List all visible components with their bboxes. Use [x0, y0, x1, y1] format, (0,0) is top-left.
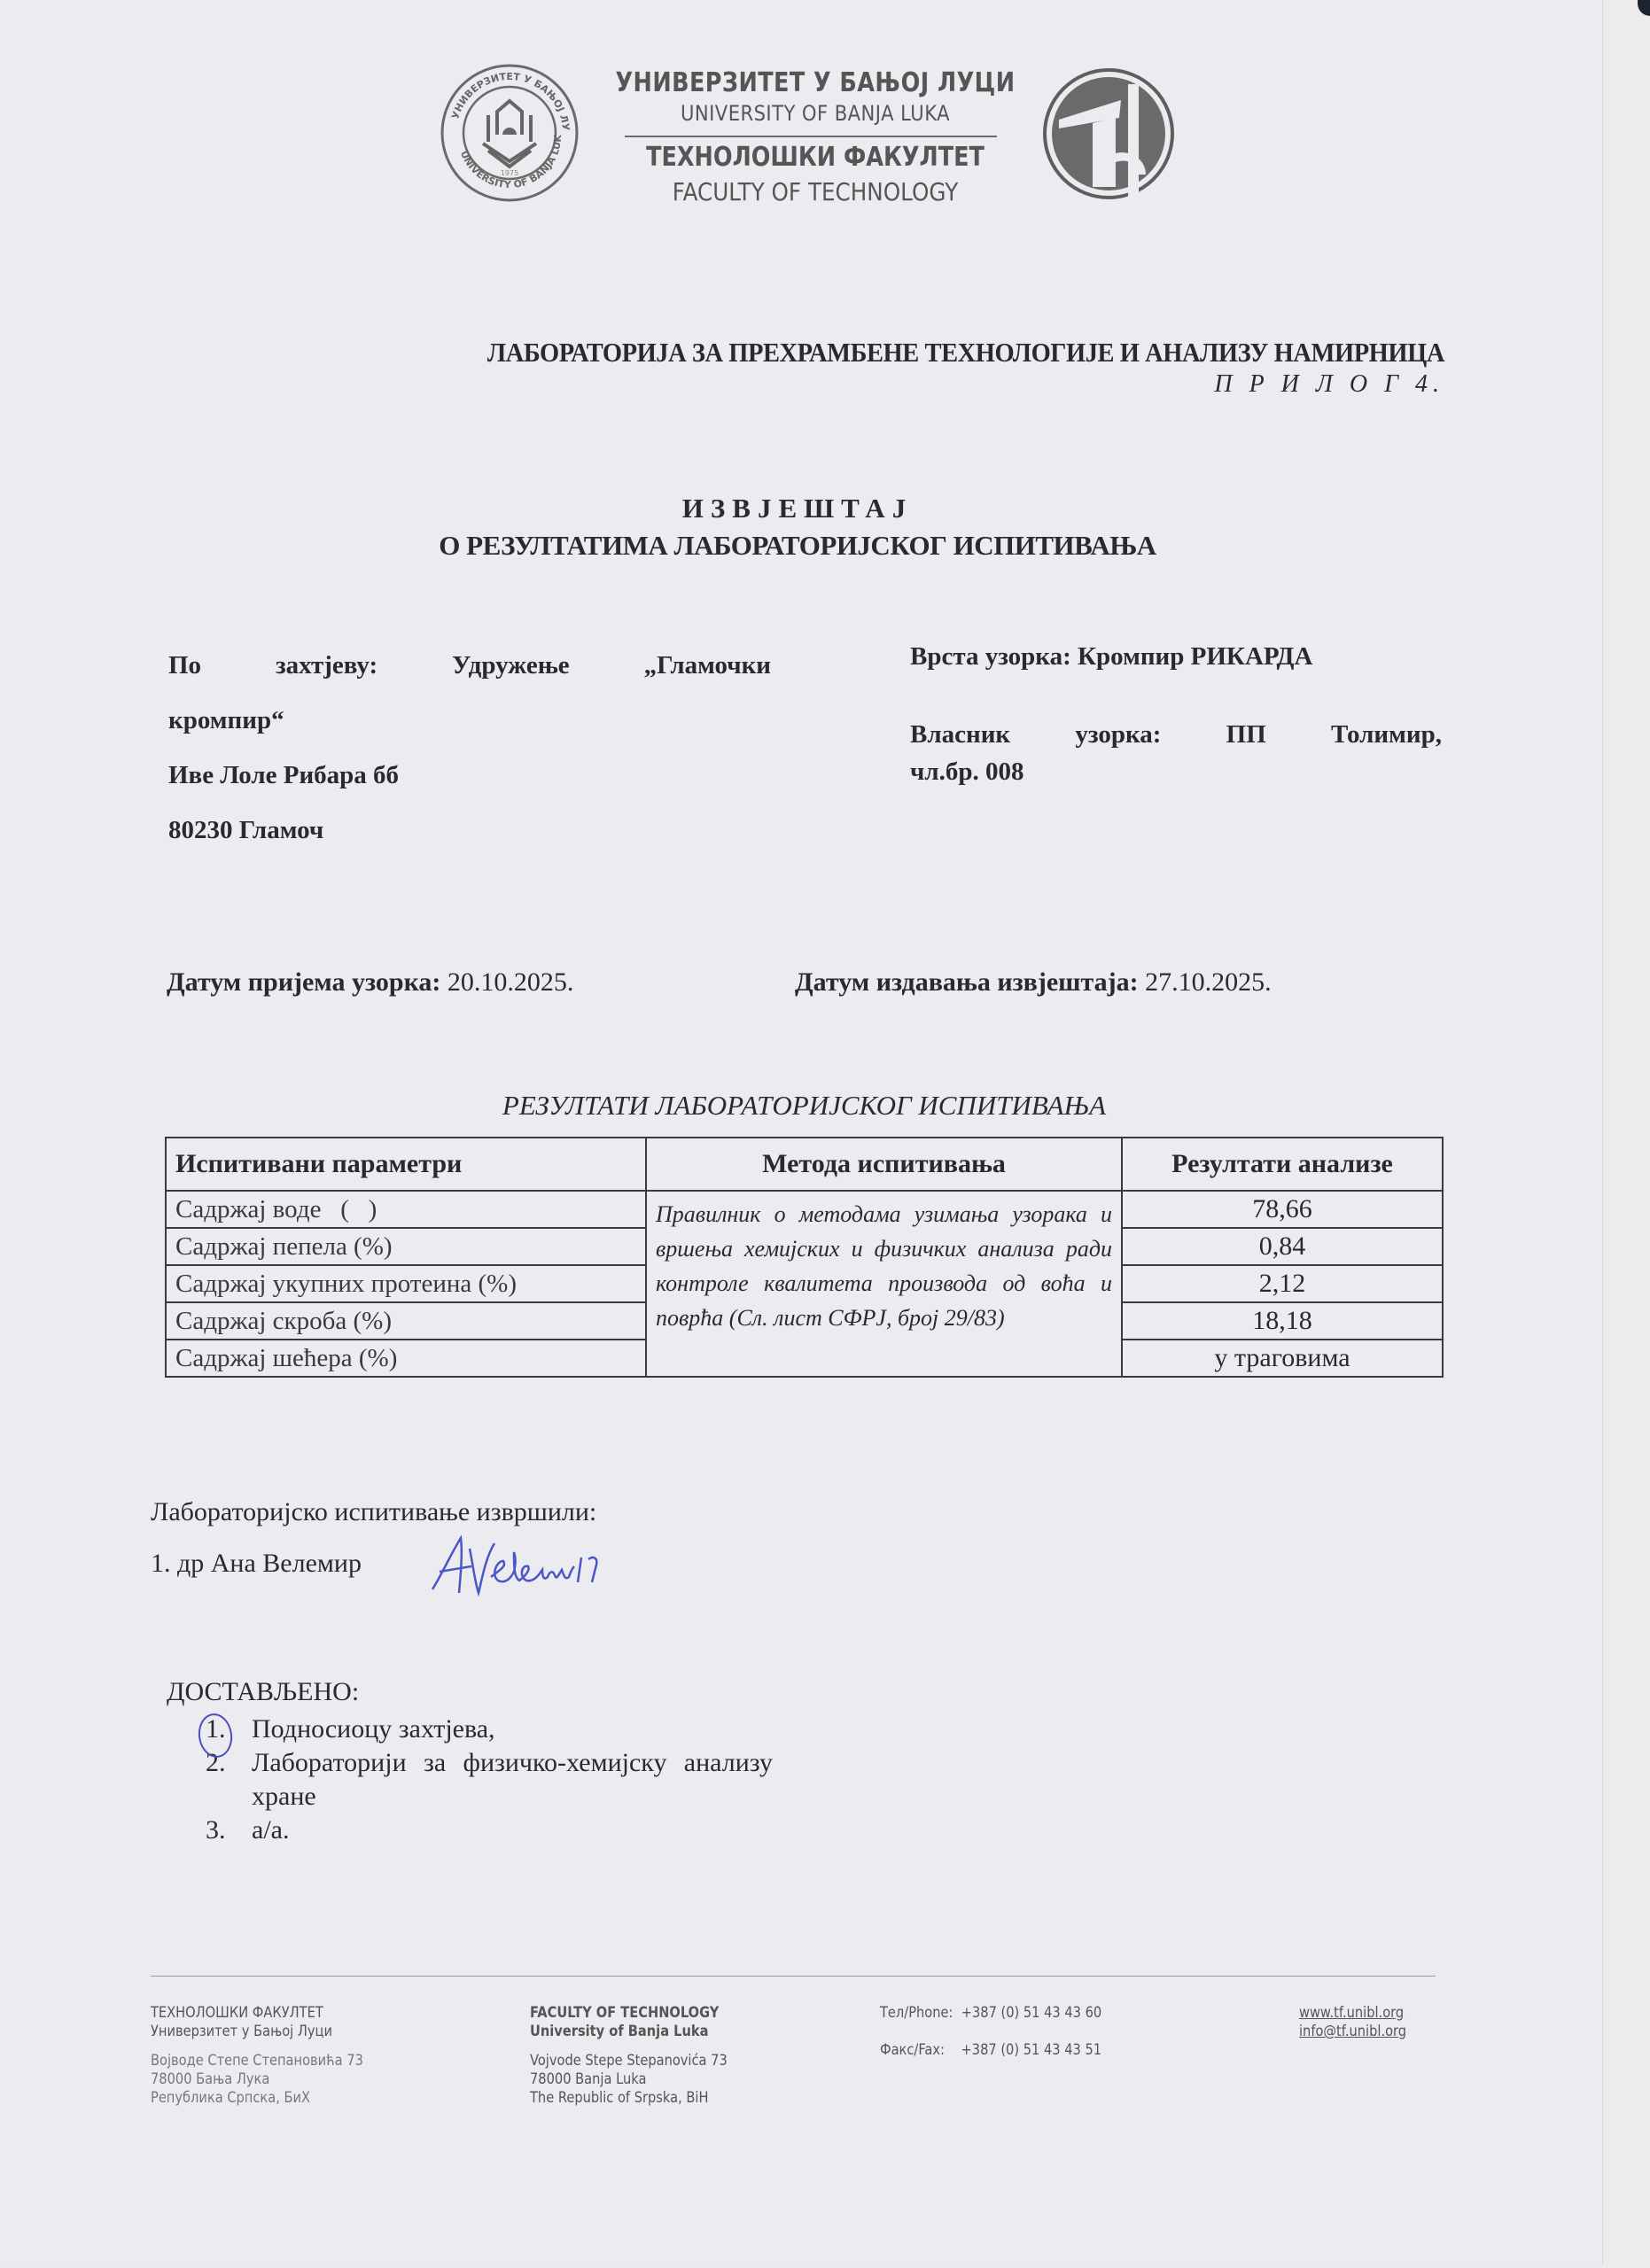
parameter-cell: Садржај укупних протеина (%): [166, 1265, 646, 1302]
university-seal-icon: УНИВЕРЗИТЕТ У БАЊОЈ ЛУЦИ UNIVERSITY OF B…: [439, 62, 580, 208]
date-received: Датум пријема узорка: 20.10.2025.: [167, 967, 573, 998]
svg-text:1975: 1975: [501, 169, 518, 177]
header-method: Метода испитивања: [646, 1138, 1122, 1191]
website-link[interactable]: www.tf.unibl.org: [1299, 2004, 1404, 2022]
header-parameters: Испитивани параметри: [166, 1138, 646, 1191]
footer-address-cyrillic: ТЕХНОЛОШКИ ФАКУЛТЕТ Универзитет у Бањој …: [151, 2004, 363, 2108]
list-item: 2. Лабораторији за физичко-хемијску анал…: [206, 1746, 773, 1814]
list-item: 3. а/а.: [206, 1814, 773, 1847]
laboratory-name: ЛАБОРАТОРИЈА ЗА ПРЕХРАМБЕНЕ ТЕХНОЛОГИЈЕ …: [270, 337, 1444, 369]
date-issued: Датум издавања извјештаја: 27.10.2025.: [795, 967, 1272, 998]
result-cell: 2,12: [1122, 1265, 1443, 1302]
result-cell: 18,18: [1122, 1302, 1443, 1340]
footer-links: www.tf.unibl.org info@tf.unibl.org: [1299, 2004, 1406, 2041]
delivered-label: ДОСТАВЉЕНО:: [167, 1677, 359, 1707]
header-results: Резултати анализе: [1122, 1138, 1443, 1191]
footer-address-latin: FACULTY OF TECHNOLOGY University of Banj…: [530, 2004, 728, 2108]
footer-contacts: Тел/Phone: +387 (0) 51 43 43 60 Факс/Fax…: [880, 2004, 1101, 2060]
performer-name: 1. др Ана Велемир: [151, 1549, 362, 1579]
scan-background-edge: [1603, 0, 1650, 2268]
sample-owner-line-1: Власник узорка: ПП Толимир,: [910, 716, 1442, 753]
parameter-cell: Садржај пепела (%): [166, 1228, 646, 1265]
requester-line-1: По захтјеву: Удружење „Гламочки: [168, 638, 771, 693]
document-page: УНИВЕРЗИТЕТ У БАЊОЈ ЛУЦИ UNIVERSITY OF B…: [0, 0, 1603, 2264]
faculty-name-cyrillic: ТЕХНОЛОШКИ ФАКУЛТЕТ: [612, 142, 1019, 173]
table-row: Садржај воде ( ) Правилник о методама уз…: [166, 1191, 1443, 1228]
phone-number: +387 (0) 51 43 43 60: [961, 2004, 1102, 2022]
requester-block: По захтјеву: Удружење „Гламочки кромпир“…: [168, 638, 771, 858]
sample-block: Врста узорка: Кромпир РИКАРДА Власник уз…: [910, 638, 1442, 790]
university-name-latin: UNIVERSITY OF BANJA LUKA: [604, 101, 1025, 126]
faculty-tf-logo-icon: [1041, 66, 1176, 206]
annex-label: П Р И Л О Г 4.: [1152, 370, 1444, 399]
report-subtitle: О РЕЗУЛТАТИМА ЛАБОРАТОРИЈСКОГ ИСПИТИВАЊА: [266, 530, 1329, 562]
email-link[interactable]: info@tf.unibl.org: [1299, 2023, 1406, 2040]
list-item: 1. Подносиоцу захтјева,: [206, 1713, 773, 1746]
result-cell: 78,66: [1122, 1191, 1443, 1228]
report-title: ИЗВЈЕШТАЈ: [266, 493, 1329, 524]
parameter-cell: Садржај шећера (%): [166, 1340, 646, 1377]
letterhead-divider: [625, 136, 997, 137]
results-table: Испитивани параметри Метода испитивања Р…: [165, 1137, 1444, 1378]
fax-number: +387 (0) 51 43 43 51: [961, 2041, 1102, 2059]
requester-address: Иве Лоле Рибара бб: [168, 748, 771, 803]
requester-line-2: кромпир“: [168, 693, 771, 748]
scan-corner: [1638, 0, 1650, 16]
sample-type: Врста узорка: Кромпир РИКАРДА: [910, 638, 1442, 675]
result-cell: у траговима: [1122, 1340, 1443, 1377]
svg-text:УНИВЕРЗИТЕТ У БАЊОЈ ЛУЦИ: УНИВЕРЗИТЕТ У БАЊОЈ ЛУЦИ: [439, 62, 572, 132]
faculty-name-latin: FACULTY OF TECHNOLOGY: [604, 177, 1025, 206]
parameter-cell: Садржај воде ( ): [166, 1191, 646, 1228]
results-caption: РЕЗУЛТАТИ ЛАБОРАТОРИЈСКОГ ИСПИТИВАЊА: [165, 1090, 1444, 1122]
parameter-cell: Садржај скроба (%): [166, 1302, 646, 1340]
requester-city: 80230 Гламоч: [168, 803, 771, 858]
handwritten-signature-icon: [425, 1531, 629, 1606]
footer-divider: [151, 1976, 1436, 1977]
sample-owner-line-2: чл.бр. 008: [910, 753, 1442, 790]
delivered-list: 1. Подносиоцу захтјева, 2. Лабораторији …: [206, 1713, 773, 1847]
university-name-cyrillic: УНИВЕРЗИТЕТ У БАЊОЈ ЛУЦИ: [612, 67, 1019, 98]
result-cell: 0,84: [1122, 1228, 1443, 1265]
method-cell: Правилник о методама узимања узорака и в…: [646, 1191, 1122, 1377]
performed-by-label: Лабораторијско испитивање извршили:: [151, 1497, 596, 1527]
table-header-row: Испитивани параметри Метода испитивања Р…: [166, 1138, 1443, 1191]
